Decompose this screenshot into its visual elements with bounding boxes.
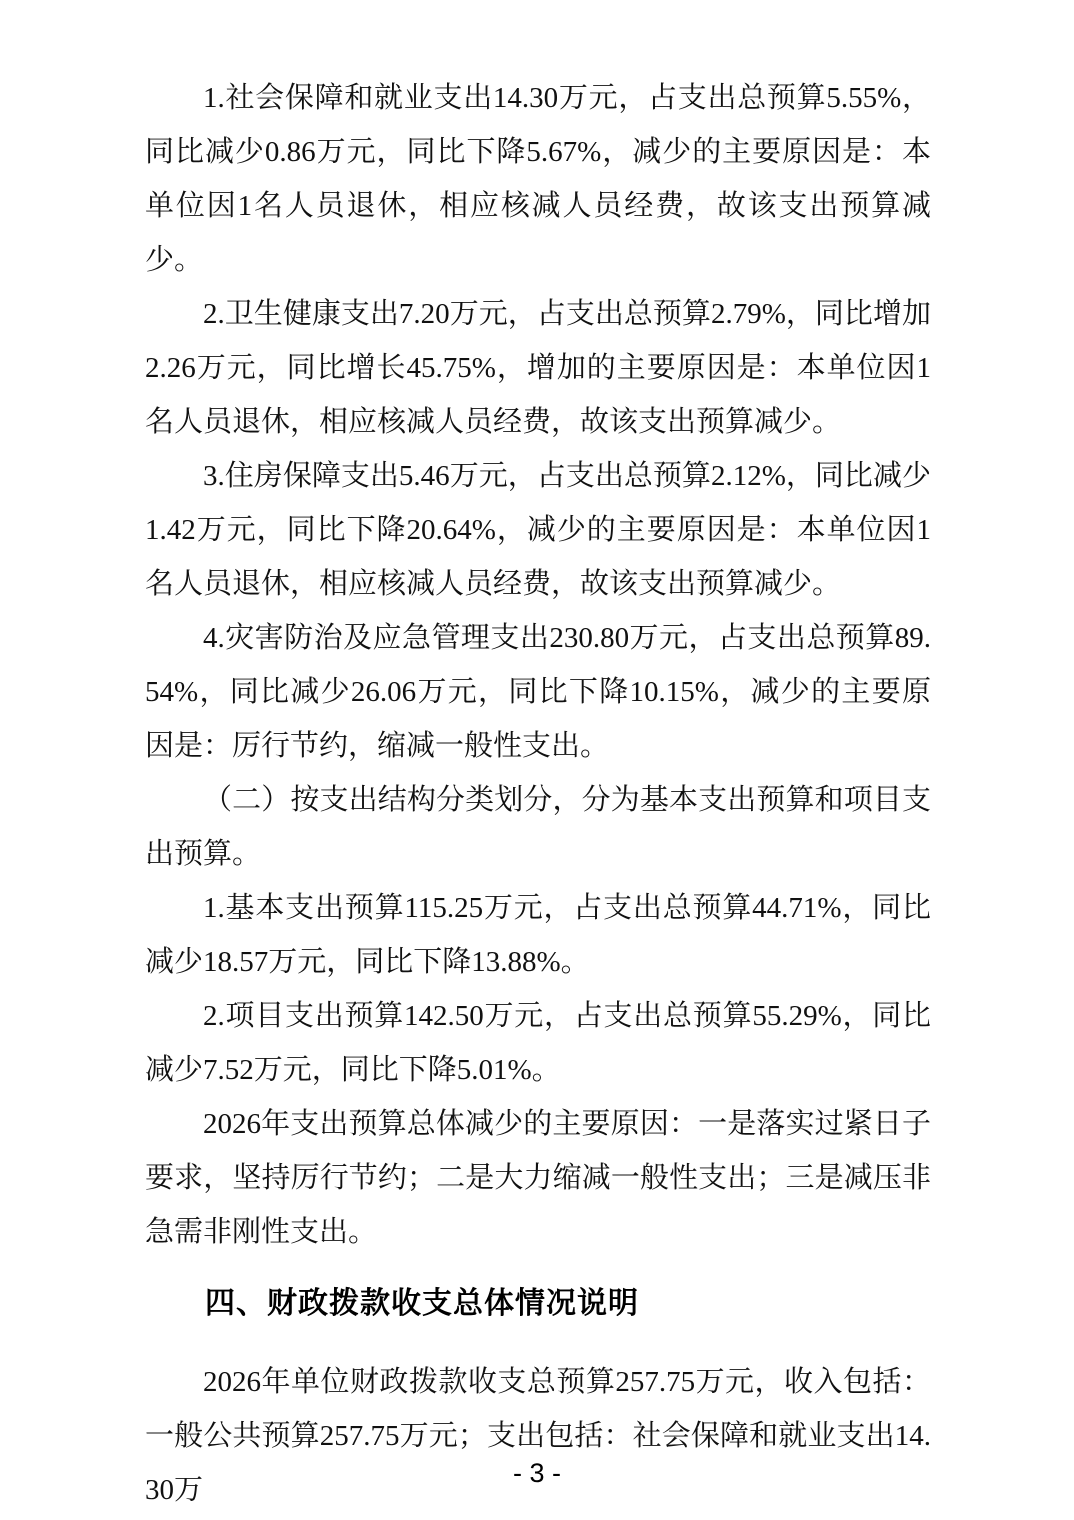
body-paragraph: 3.住房保障支出5.46万元，占支出总预算2.12%，同比减少1.42万元，同比… — [145, 449, 931, 611]
document-page: 1.社会保障和就业支出14.30万元，占支出总预算5.55%，同比减少0.86万… — [0, 0, 1074, 1520]
section-heading: 四、财政拨款收支总体情况说明 — [145, 1277, 931, 1331]
document-body: 1.社会保障和就业支出14.30万元，占支出总预算5.55%，同比减少0.86万… — [145, 71, 931, 1517]
body-paragraph: 1.社会保障和就业支出14.30万元，占支出总预算5.55%，同比减少0.86万… — [145, 71, 931, 287]
body-paragraph: 1.基本支出预算115.25万元，占支出总预算44.71%，同比减少18.57万… — [145, 881, 931, 989]
body-paragraph: 2026年单位财政拨款收支总预算257.75万元，收入包括：一般公共预算257.… — [145, 1355, 931, 1517]
body-paragraph: 2.卫生健康支出7.20万元，占支出总预算2.79%，同比增加2.26万元，同比… — [145, 287, 931, 449]
page-number: - 3 - — [0, 1458, 1074, 1489]
body-paragraph: 2.项目支出预算142.50万元，占支出总预算55.29%，同比减少7.52万元… — [145, 989, 931, 1097]
body-paragraph: 4.灾害防治及应急管理支出230.80万元，占支出总预算89.54%，同比减少2… — [145, 611, 931, 773]
body-paragraph: （二）按支出结构分类划分，分为基本支出预算和项目支出预算。 — [145, 773, 931, 881]
body-paragraph: 2026年支出预算总体减少的主要原因：一是落实过紧日子要求，坚持厉行节约；二是大… — [145, 1097, 931, 1259]
